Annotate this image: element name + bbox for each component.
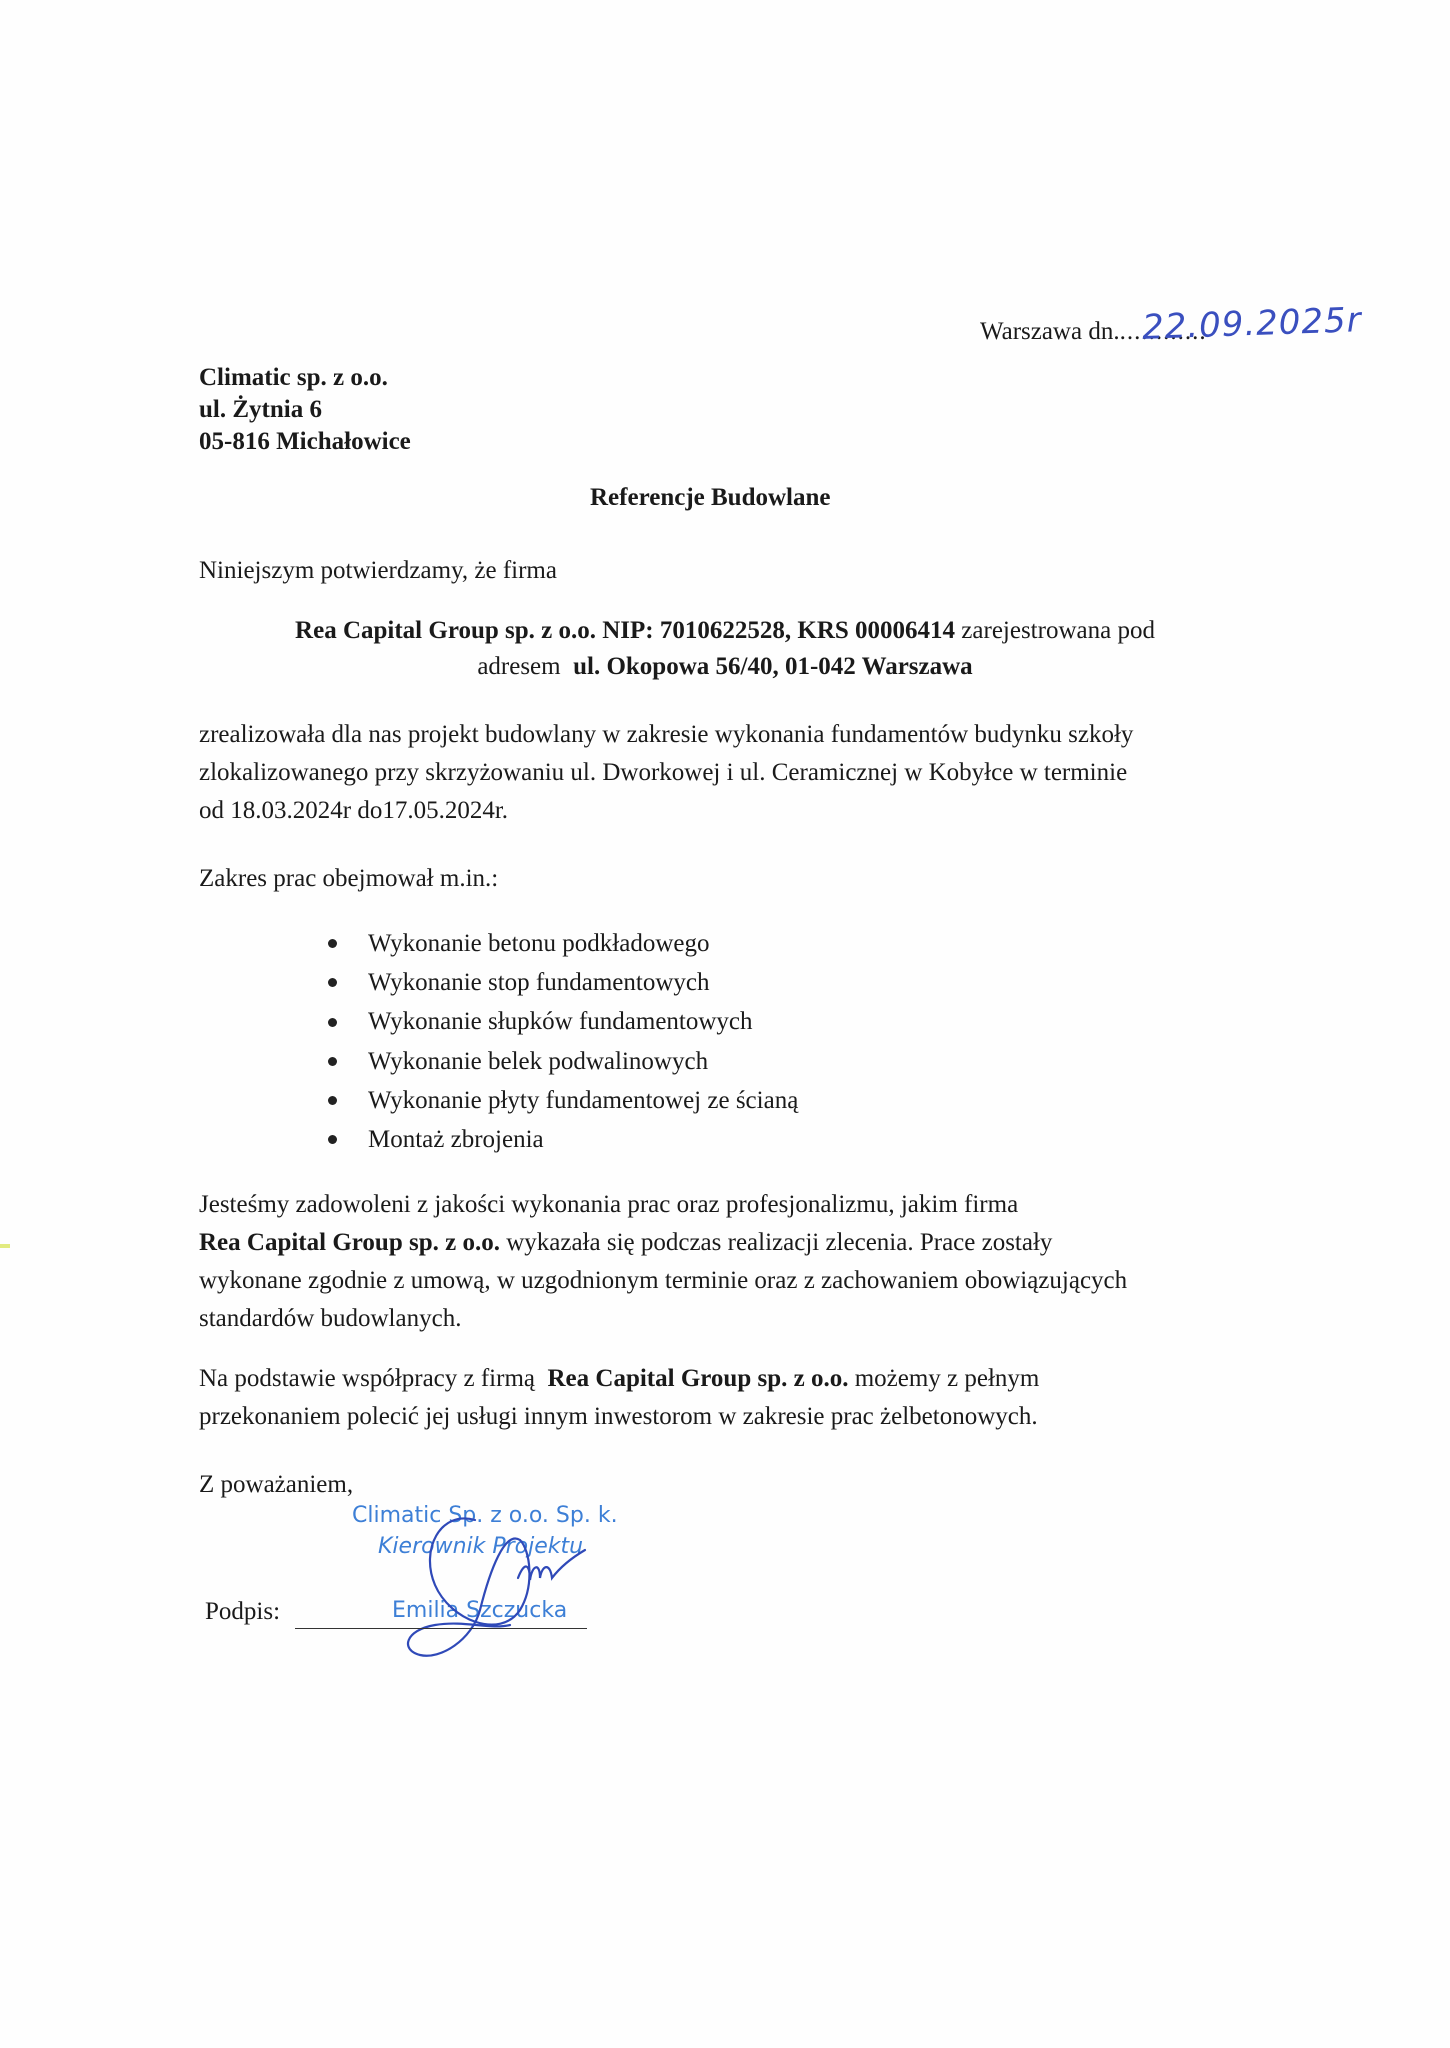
- scope-list-item: Montaż zbrojenia: [325, 1120, 798, 1159]
- paragraph-line: od 18.03.2024r do17.05.2024r.: [199, 792, 1279, 830]
- scope-list-item: Wykonanie płyty fundamentowej ze ścianą: [325, 1081, 798, 1120]
- scope-list-item: Wykonanie betonu podkładowego: [325, 924, 798, 963]
- bullet-icon: [328, 978, 337, 987]
- handwritten-signature-icon: [380, 1490, 610, 1670]
- project-description: zrealizowała dla nas projekt budowlany w…: [199, 716, 1279, 830]
- recommendation-paragraph: Na podstawie współpracy z firmą Rea Capi…: [199, 1360, 1039, 1436]
- contractor-address-line: adresem ul. Okopowa 56/40, 01-042 Warsza…: [0, 653, 1450, 681]
- paragraph-line: standardów budowlanych.: [199, 1300, 1127, 1338]
- contractor-name-bold: Rea Capital Group sp. z o.o.: [199, 1229, 500, 1256]
- scope-heading: Zakres prac obejmował m.in.:: [199, 860, 498, 898]
- scope-item-text: Wykonanie płyty fundamentowej ze ścianą: [368, 1081, 798, 1120]
- scope-item-text: Wykonanie słupków fundamentowych: [368, 1002, 753, 1041]
- signature-label: Podpis:: [205, 1598, 280, 1626]
- sender-postal-city: 05-816 Michałowice: [199, 426, 411, 458]
- place-date-label: Warszawa dn.: [980, 318, 1120, 345]
- scope-item-text: Wykonanie stop fundamentowych: [368, 963, 709, 1002]
- bullet-icon: [328, 1096, 337, 1105]
- bullet-icon: [328, 1057, 337, 1066]
- scope-item-text: Wykonanie belek podwalinowych: [368, 1042, 708, 1081]
- sender-company: Climatic sp. z o.o.: [199, 362, 411, 394]
- bullet-icon: [328, 939, 337, 948]
- handwritten-date: 22.09.2025r: [1141, 300, 1362, 348]
- contractor-address-prefix: adresem: [477, 653, 573, 680]
- paragraph-line: zlokalizowanego przy skrzyżowaniu ul. Dw…: [199, 754, 1279, 792]
- paragraph-line: Na podstawie współpracy z firmą Rea Capi…: [199, 1360, 1039, 1398]
- sender-street: ul. Żytnia 6: [199, 394, 411, 426]
- satisfaction-paragraph: Jesteśmy zadowoleni z jakości wykonania …: [199, 1186, 1127, 1338]
- document-title: Referencje Budowlane: [590, 484, 830, 512]
- paragraph-text: możemy z pełnym: [848, 1365, 1039, 1392]
- paragraph-line: przekonaniem polecić jej usługi innym in…: [199, 1398, 1039, 1436]
- letter-page: Warszawa dn............. 22.09.2025r Cli…: [0, 0, 1450, 2048]
- closing-text: Z poważaniem,: [199, 1466, 353, 1504]
- bullet-icon: [328, 1018, 337, 1027]
- scope-item-text: Wykonanie betonu podkładowego: [368, 924, 709, 963]
- paragraph-line: Jesteśmy zadowoleni z jakości wykonania …: [199, 1186, 1127, 1224]
- scope-list-item: Wykonanie belek podwalinowych: [325, 1042, 798, 1081]
- paragraph-text: wykazała się podczas realizacji zlecenia…: [500, 1229, 1052, 1256]
- paragraph-line: wykonane zgodnie z umową, w uzgodnionym …: [199, 1262, 1127, 1300]
- bullet-icon: [328, 1135, 337, 1144]
- scope-list-item: Wykonanie słupków fundamentowych: [325, 1002, 798, 1041]
- contractor-registered: zarejestrowana pod: [955, 617, 1155, 644]
- scope-list-item: Wykonanie stop fundamentowych: [325, 963, 798, 1002]
- paragraph-line: Rea Capital Group sp. z o.o. wykazała si…: [199, 1224, 1127, 1262]
- scope-list: Wykonanie betonu podkładowego Wykonanie …: [325, 924, 798, 1159]
- scan-edge-mark: [0, 1244, 10, 1248]
- signature-line: [295, 1628, 587, 1629]
- contractor-name-bold: Rea Capital Group sp. z o.o.: [548, 1365, 849, 1392]
- contractor-name-ids: Rea Capital Group sp. z o.o. NIP: 701062…: [295, 617, 955, 644]
- sender-address: Climatic sp. z o.o. ul. Żytnia 6 05-816 …: [199, 362, 411, 458]
- contractor-address: ul. Okopowa 56/40, 01-042 Warszawa: [573, 653, 973, 680]
- paragraph-line: zrealizowała dla nas projekt budowlany w…: [199, 716, 1279, 754]
- paragraph-text: Na podstawie współpracy z firmą: [199, 1365, 548, 1392]
- contractor-line: Rea Capital Group sp. z o.o. NIP: 701062…: [0, 617, 1450, 645]
- scope-item-text: Montaż zbrojenia: [368, 1120, 544, 1159]
- intro-text: Niniejszym potwierdzamy, że firma: [199, 552, 557, 590]
